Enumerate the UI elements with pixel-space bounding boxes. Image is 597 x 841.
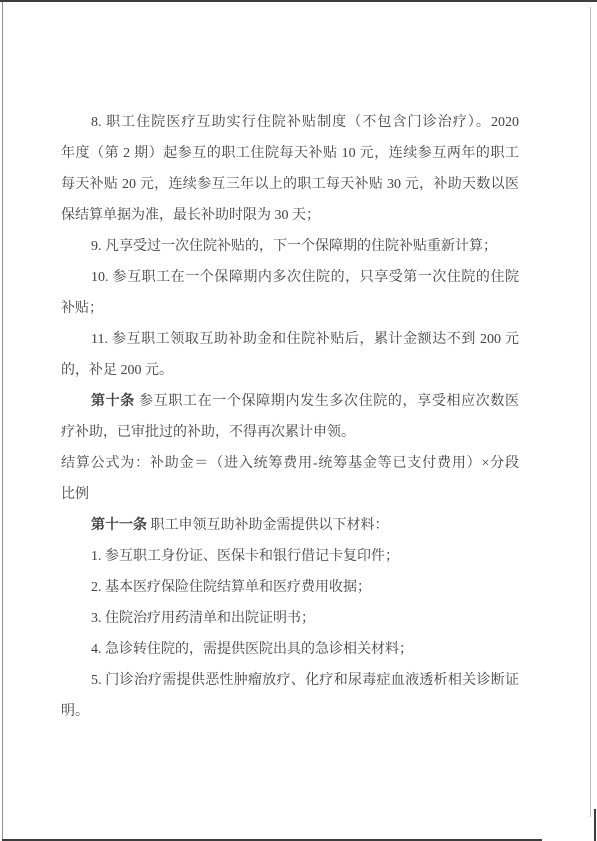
document-body: 8. 职工住院医疗互助实行住院补贴制度（不包含门诊治疗）。2020年度（第 2 … (61, 107, 519, 727)
article-10: 第十条 参互职工在一个保障期内发生多次住院的，享受相应次数医疗补助，已审批过的补… (61, 386, 519, 448)
text-line: 8. 职工住院医疗互助实行住院补贴制度（不包含门诊治疗）。2020 (61, 107, 519, 138)
text-line: 11. 参互职工领取互助补助金和住院补贴后，累计金额达不到 200 元 (61, 324, 519, 355)
text-line: 第十条 参互职工在一个保障期内发生多次住院的，享受相应次数医 (61, 386, 519, 417)
screen-right-edge (594, 809, 596, 841)
document-page: 8. 职工住院医疗互助实行住院补贴制度（不包含门诊治疗）。2020年度（第 2 … (0, 0, 597, 841)
text-line: 10. 参互职工在一个保障期内多次住院的，只享受第一次住院的住院 (61, 262, 519, 293)
text-line: 保结算单据为准，最长补助时限为 30 天； (61, 200, 519, 231)
clause-number: 第十条 (91, 394, 135, 409)
text-line: 9. 凡享受过一次住院补贴的，下一个保障期的住院补贴重新计算； (61, 231, 519, 262)
clause-number: 第十一条 (91, 518, 147, 533)
text-line: 5. 门诊治疗需提供恶性肿瘤放疗、化疗和尿毒症血液透析相关诊断证 (61, 665, 519, 696)
text-line: 比例 (61, 479, 519, 510)
text-line: 年度（第 2 期）起参互的职工住院每天补贴 10 元，连续参互两年的职工 (61, 138, 519, 169)
material-item-3: 3. 住院治疗用药清单和出院证明书； (61, 603, 519, 634)
material-item-2: 2. 基本医疗保险住院结算单和医疗费用收据； (61, 572, 519, 603)
page-right-edge (590, 7, 591, 817)
material-item-4: 4. 急诊转住院的，需提供医院出具的急诊相关材料； (61, 634, 519, 665)
material-item-1: 1. 参互职工身份证、医保卡和银行借记卡复印件； (61, 541, 519, 572)
text-line: 第十一条 职工申领互助补助金需提供以下材料： (61, 510, 519, 541)
text-line: 补贴； (61, 293, 519, 324)
clause-item-9: 9. 凡享受过一次住院补贴的，下一个保障期的住院补贴重新计算； (61, 231, 519, 262)
text-line: 的，补足 200 元。 (61, 355, 519, 386)
clause-item-8: 8. 职工住院医疗互助实行住院补贴制度（不包含门诊治疗）。2020年度（第 2 … (61, 107, 519, 231)
clause-item-11: 11. 参互职工领取互助补助金和住院补贴后，累计金额达不到 200 元的，补足 … (61, 324, 519, 386)
text-line: 疗补助，已审批过的补助，不得再次累计申领。 (61, 417, 519, 448)
text-line: 2. 基本医疗保险住院结算单和医疗费用收据； (61, 572, 519, 603)
text-line: 结算公式为：补助金＝（进入统筹费用-统筹基金等已支付费用）×分段 (61, 448, 519, 479)
page-top-edge (0, 0, 597, 2)
article-11: 第十一条 职工申领互助补助金需提供以下材料： (61, 510, 519, 541)
text-line: 4. 急诊转住院的，需提供医院出具的急诊相关材料； (61, 634, 519, 665)
material-item-5: 5. 门诊治疗需提供恶性肿瘤放疗、化疗和尿毒症血液透析相关诊断证明。 (61, 665, 519, 727)
text-line: 1. 参互职工身份证、医保卡和银行借记卡复印件； (61, 541, 519, 572)
text-line: 3. 住院治疗用药清单和出院证明书； (61, 603, 519, 634)
text-line: 明。 (61, 696, 519, 727)
clause-item-10: 10. 参互职工在一个保障期内多次住院的，只享受第一次住院的住院补贴； (61, 262, 519, 324)
page-left-edge (2, 2, 3, 841)
text-line: 每天补贴 20 元，连续参互三年以上的职工每天补贴 30 元，补助天数以医 (61, 169, 519, 200)
settlement-formula: 结算公式为：补助金＝（进入统筹费用-统筹基金等已支付费用）×分段比例 (61, 448, 519, 510)
